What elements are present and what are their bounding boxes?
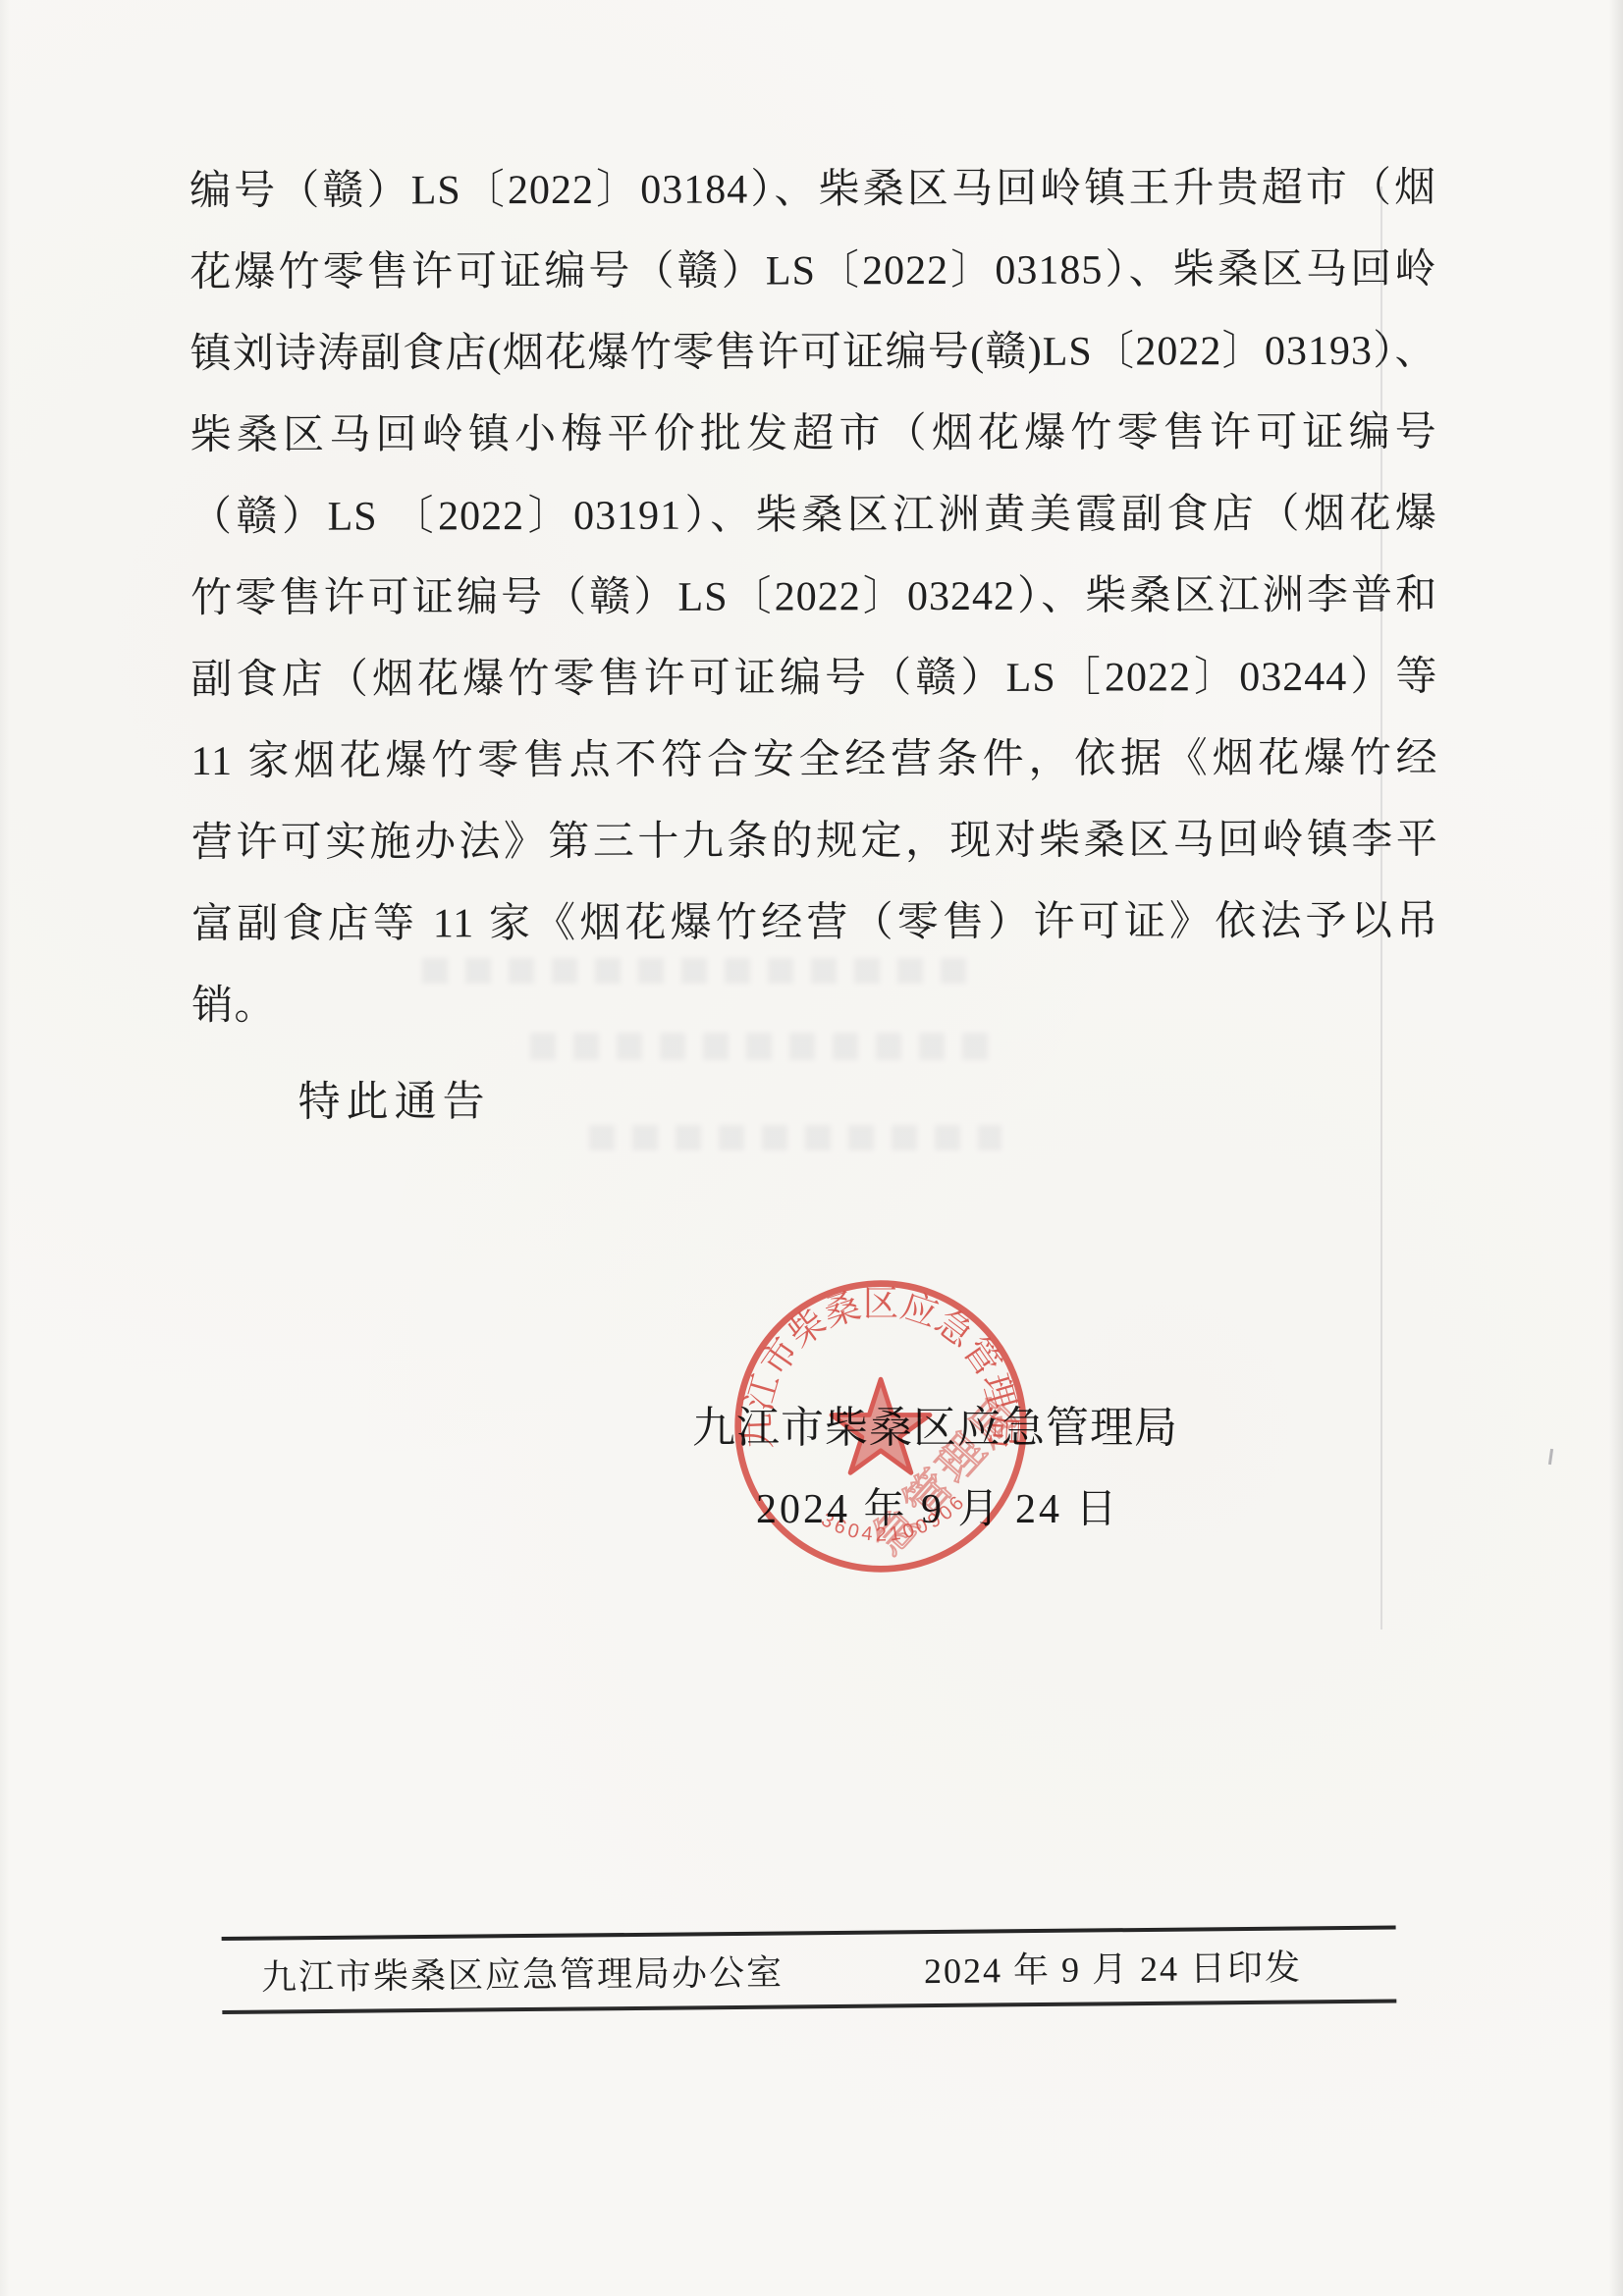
- footer-band: 九江市柴桑区应急管理局办公室 2024 年 9 月 24 日印发: [222, 1926, 1397, 2014]
- footer-office: 九江市柴桑区应急管理局办公室: [261, 1946, 784, 2001]
- document-body: 编号（赣）LS〔2022〕03184）、柴桑区马回岭镇王升贵超市（烟 花爆竹零售…: [189, 148, 1439, 1144]
- body-line: 镇刘诗涛副食店(烟花爆竹零售许可证编号(赣)LS〔2022〕03193）、: [189, 311, 1436, 396]
- body-line: 编号（赣）LS〔2022〕03184）、柴桑区马回岭镇王升贵超市（烟: [189, 148, 1436, 233]
- body-line: 11 家烟花爆竹零售点不符合安全经营条件，依据《烟花爆竹经: [191, 719, 1438, 803]
- body-line: 柴桑区马回岭镇小梅平价批发超市（烟花爆竹零售许可证编号: [190, 393, 1437, 477]
- footer-print-date: 2024 年 9 月 24 日印发: [924, 1940, 1302, 1994]
- scan-speck: [1548, 1449, 1553, 1465]
- seal-star-icon: [832, 1379, 930, 1472]
- body-line: 营许可实施办法》第三十九条的规定，现对柴桑区马回岭镇李平: [191, 800, 1438, 884]
- body-line: 副食店（烟花爆竹零售许可证编号（赣）LS［2022〕03244）等: [190, 637, 1437, 721]
- scanned-document-page: 编号（赣）LS〔2022〕03184）、柴桑区马回岭镇王升贵超市（烟 花爆竹零售…: [0, 0, 1623, 2296]
- bleed-through-artifact: [589, 1125, 1001, 1150]
- scan-fold-line: [1380, 187, 1382, 1629]
- body-line: 富副食店等 11 家《烟花爆竹经营（零售）许可证》依法予以吊: [191, 881, 1438, 966]
- body-line: 花爆竹零售许可证编号（赣）LS〔2022〕03185）、柴桑区马回岭: [189, 230, 1436, 314]
- bleed-through-artifact: [530, 1033, 992, 1060]
- bleed-through-artifact: [422, 958, 972, 984]
- official-seal: 九江市柴桑区应急管理局 3604210090651 急管理局: [730, 1276, 1031, 1576]
- body-line: 竹零售许可证编号（赣）LS〔2022〕03242）、柴桑区江洲李普和: [190, 556, 1437, 640]
- body-line: （赣）LS 〔2022〕03191）、柴桑区江洲黄美霞副食店（烟花爆: [190, 474, 1437, 559]
